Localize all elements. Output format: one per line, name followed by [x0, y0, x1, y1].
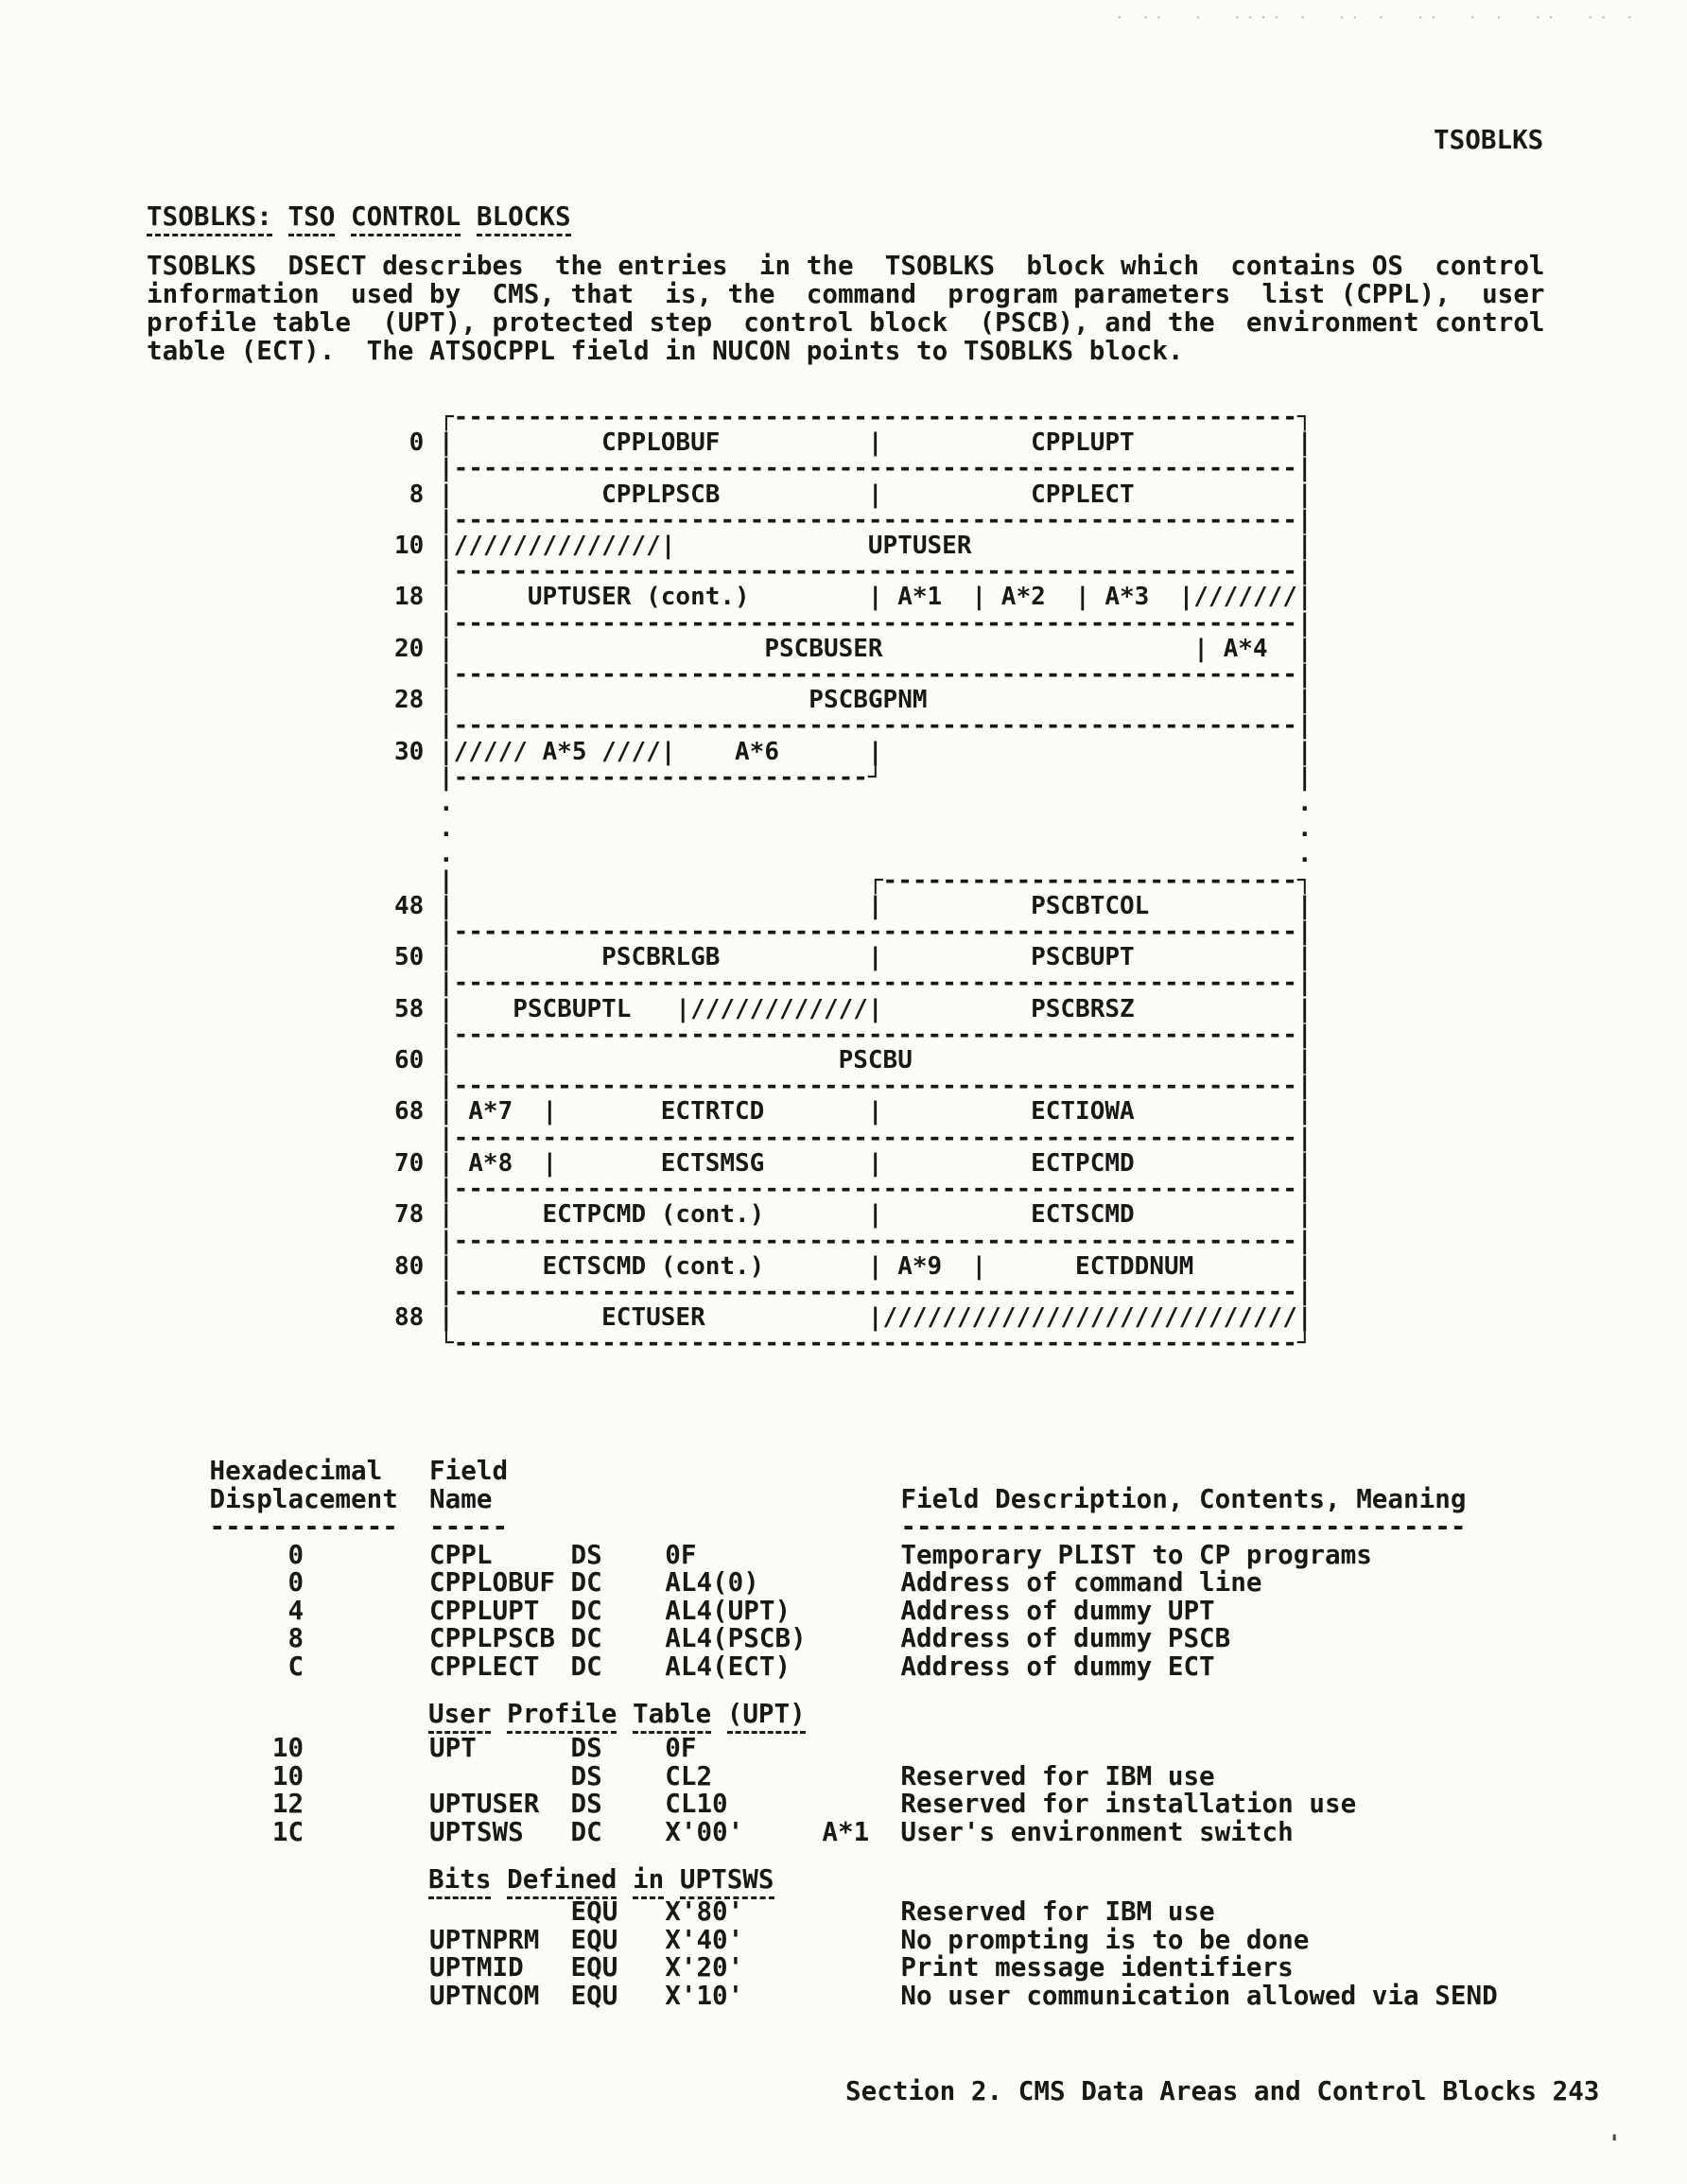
underlined-word: BLOCKS — [477, 201, 571, 236]
scan-artifact-top: · ·· · ···· · ·· · ·· · · ·· ·· · · · — [1116, 11, 1664, 26]
upt-section-heading: User Profile Table (UPT) — [428, 1700, 806, 1728]
uptsws-bit-rows: EQU X'80' Reserved for IBM use UPTNPRM E… — [147, 1897, 1498, 2009]
scanned-manual-page: · ·· · ···· · ·· · ·· · · ·· ·· · · · TS… — [0, 0, 1687, 2184]
underlined-word: Profile — [507, 1698, 617, 1734]
underlined-word: in — [633, 1863, 664, 1899]
page-footer: Section 2. CMS Data Areas and Control Bl… — [845, 2077, 1599, 2105]
underlined-word: UPTSWS — [680, 1863, 774, 1899]
underlined-word: Defined — [507, 1863, 617, 1899]
underlined-word: User — [428, 1698, 491, 1734]
upt-field-rows: 10 UPT DS 0F 10 DS CL2 Reserved for IBM … — [147, 1734, 1356, 1845]
underlined-word: Bits — [428, 1863, 491, 1899]
page-header-ref: TSOBLKS — [1434, 126, 1543, 154]
underlined-word: TSOBLKS: — [147, 201, 272, 236]
underlined-word: Table — [633, 1698, 711, 1734]
scan-artifact-mark: ' — [1608, 2130, 1621, 2157]
section-title: TSOBLKS: TSO CONTROL BLOCKS — [147, 202, 571, 231]
uptsws-bits-heading: Bits Defined in UPTSWS — [428, 1865, 774, 1894]
field-table-cppl-section: Hexadecimal Field Displacement Name Fiel… — [147, 1457, 1466, 1680]
underlined-word: CONTROL — [351, 201, 461, 236]
intro-paragraph: TSOBLKS DSECT describes the entries in t… — [147, 252, 1545, 365]
underlined-word: TSO — [288, 201, 336, 236]
storage-map-diagram: ┌---------------------------------------… — [394, 405, 1313, 1357]
underlined-word: (UPT) — [727, 1698, 806, 1734]
